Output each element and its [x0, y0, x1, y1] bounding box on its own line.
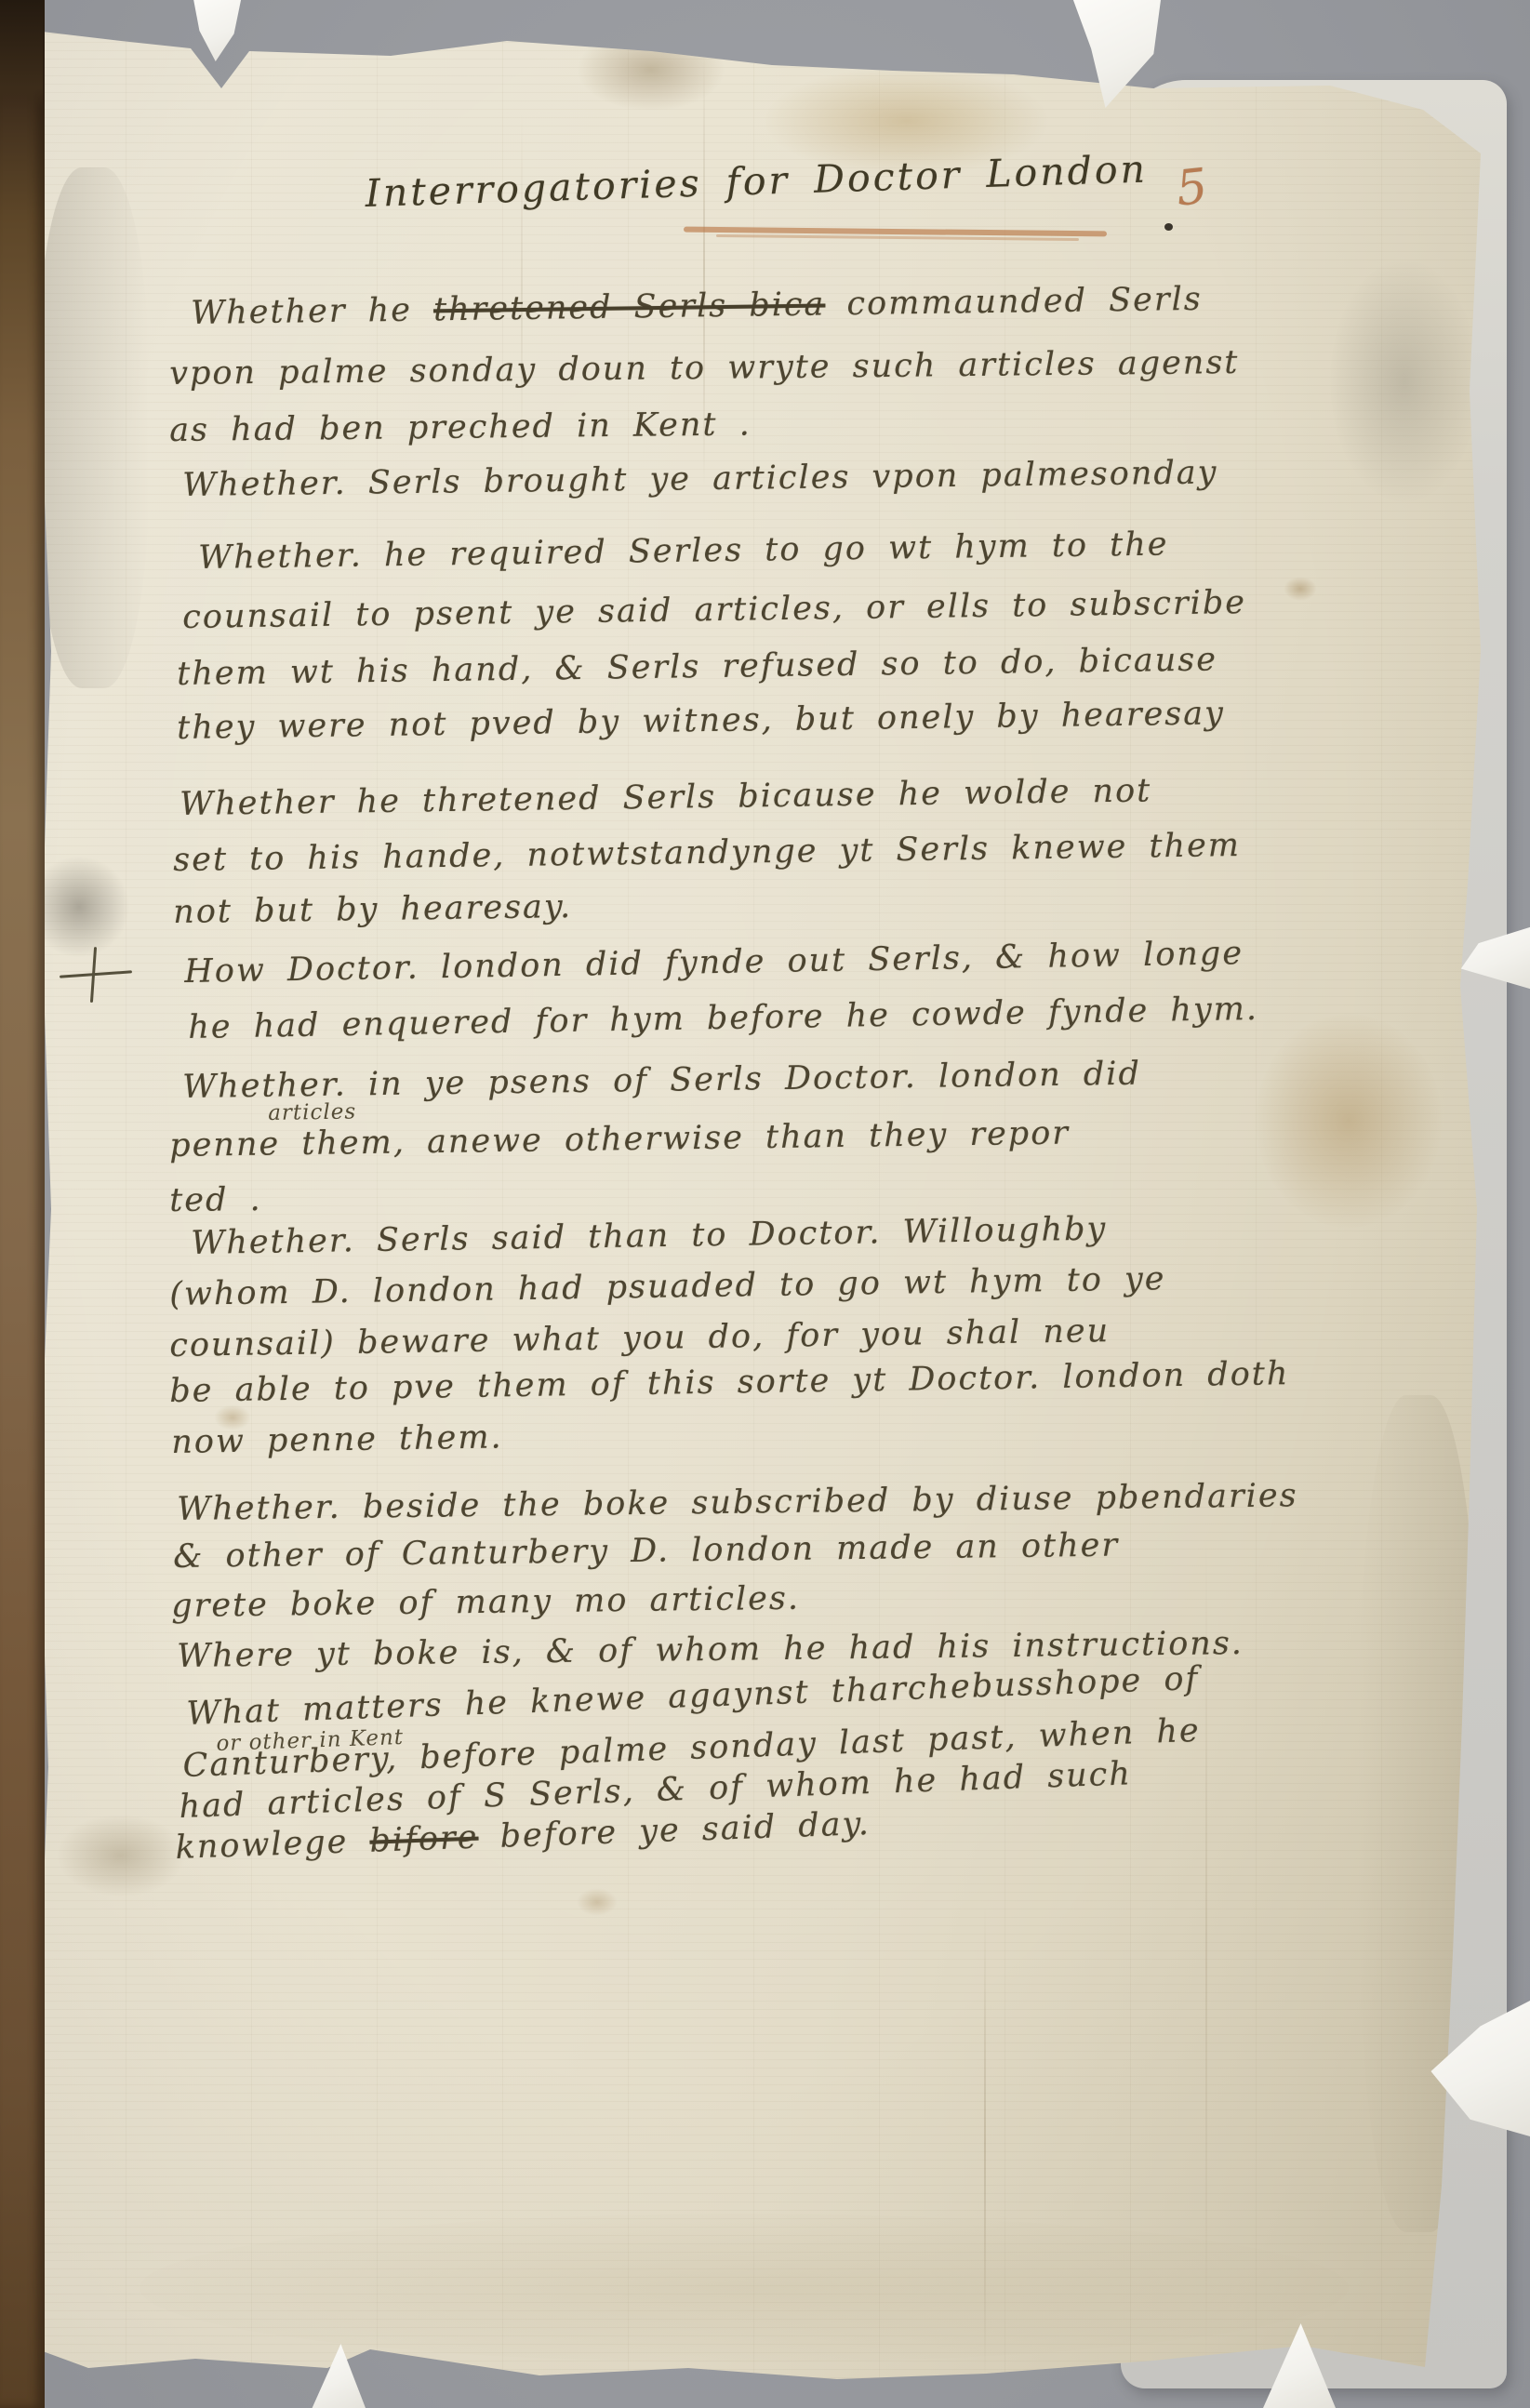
edge-discoloration	[37, 167, 149, 688]
manuscript-line: Whether he thretened Serls bica commaund…	[191, 282, 1203, 332]
stain	[1256, 1014, 1442, 1228]
mount-top-left	[188, 0, 246, 61]
page-heading: Interrogatories for Doctor London	[365, 149, 1149, 216]
line-segment: commaunded Serls	[825, 281, 1203, 324]
stain	[1330, 260, 1479, 502]
manuscript-line: Whether. Serls said than to Doctor. Will…	[191, 1212, 1108, 1262]
manuscript-line: ted .	[169, 1182, 262, 1219]
line-segment: knowlege	[175, 1823, 370, 1867]
crease	[984, 1907, 986, 2381]
manuscript-line: (whom D. london had psuaded to go wt hym…	[169, 1261, 1166, 1312]
manuscript-line: Whether. beside the boke subscribed by d…	[177, 1478, 1298, 1527]
smudge	[56, 1814, 186, 1897]
manuscript-line: grete boke of many mo articles.	[171, 1581, 800, 1625]
red-chalk-underline	[684, 227, 1107, 237]
manuscript-line: counsail) beware what you do, for you sh…	[169, 1313, 1110, 1364]
manuscript-line: counsail to psent ye said articles, or e…	[182, 585, 1246, 635]
strikethrough-text: thretened Serls bica	[433, 286, 826, 328]
manuscript-line: now penne them.	[171, 1419, 503, 1460]
manuscript-line: Whether he thretened Serls bicause he wo…	[180, 773, 1151, 822]
manuscript-line: Whether. in ye psens of Serls Doctor. lo…	[182, 1057, 1141, 1106]
marginal-cross-mark	[60, 970, 132, 978]
stain	[577, 28, 725, 112]
paper-sheet: 5 Interrogatories for Doctor London Whet…	[0, 0, 1530, 2408]
binding-edge-top	[0, 0, 43, 110]
manuscript-line: as had ben preched in Kent .	[169, 406, 752, 448]
red-chalk-underline	[716, 234, 1079, 241]
manuscript-line: they were not pved by witnes, but onely …	[177, 696, 1225, 746]
manuscript-line: them wt his hand, & Serls refused so to …	[177, 642, 1217, 692]
line-segment: Whether he	[191, 291, 433, 332]
manuscript-line: vpon palme sonday doun to wryte such art…	[169, 345, 1240, 392]
manuscript-line: How Doctor. london did fynde out Serls, …	[184, 936, 1244, 990]
foxing-spot	[1284, 577, 1317, 601]
manuscript-line: not but by hearesay.	[173, 889, 572, 930]
strikethrough-text: bifore	[369, 1819, 479, 1860]
interlinear-insertion: articles	[268, 1099, 356, 1125]
manuscript-photograph: 5 Interrogatories for Doctor London Whet…	[0, 0, 1530, 2408]
ink-speck	[1164, 223, 1173, 231]
edge-discoloration	[140, 2214, 1349, 2362]
manuscript-line: he had enquered for hym before he cowde …	[188, 991, 1258, 1046]
manuscript-line: & other of Canturbery D. london made an …	[173, 1528, 1119, 1576]
manuscript-line: set to his hande, notwtstandynge yt Serl…	[173, 828, 1241, 879]
foxing-spot	[577, 1888, 618, 1916]
binding-edge	[0, 0, 45, 2408]
manuscript-line: Whether. he required Serles to go wt hym…	[198, 526, 1169, 576]
manuscript-line: be able to pve them of this sorte yt Doc…	[169, 1356, 1290, 1409]
folio-number: 5	[1174, 160, 1212, 217]
manuscript-line: Whether. Serls brought ye articles vpon …	[182, 455, 1218, 503]
